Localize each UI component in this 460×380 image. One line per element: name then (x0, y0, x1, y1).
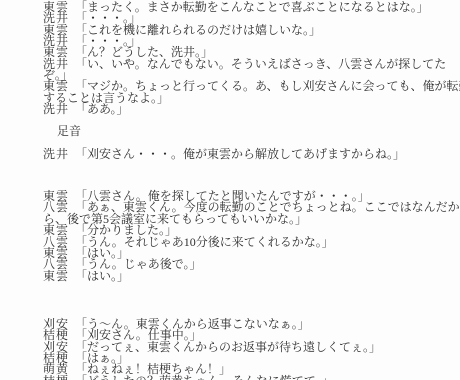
dialogue-text: 「はい。」 (75, 269, 129, 283)
speaker-name: 桔梗 (43, 376, 75, 380)
script-line: 洗井「い、いや。なんでもない。そういえばさっき、八雲さんが探してた (43, 59, 450, 70)
dialogue-text: 「い、いや。なんでもない。そういえばさっき、八雲さんが探してた (75, 57, 446, 71)
script-line-clipped: 桔梗「どうしたの？萌黄ちゃん。そんなに慌てて。」 (43, 376, 450, 380)
script-line: 東雲「はい。」 (43, 271, 450, 282)
dialogue-text: 「刈安さん・・・。俺が東雲から解放してあげますからね。」 (75, 147, 405, 161)
script-line: 洗井「刈安さん・・・。俺が東雲から解放してあげますからね。」 (43, 149, 450, 160)
speaker-name: 洗井 (43, 104, 75, 115)
sound-direction: 足音 (57, 126, 450, 137)
speaker-name: 東雲 (43, 271, 75, 282)
script-line: 洗井「ああ。」 (43, 104, 450, 115)
speaker-name: 洗井 (43, 149, 75, 160)
script-page: 東雲「まったく。まさか転勤をこんなことで喜ぶことになるとはな。」 洗井「・・・。… (0, 0, 460, 380)
dialogue-text: 「ああ。」 (75, 102, 129, 116)
dialogue-text: 「どうしたの？萌黄ちゃん。そんなに慌てて。」 (75, 374, 333, 380)
